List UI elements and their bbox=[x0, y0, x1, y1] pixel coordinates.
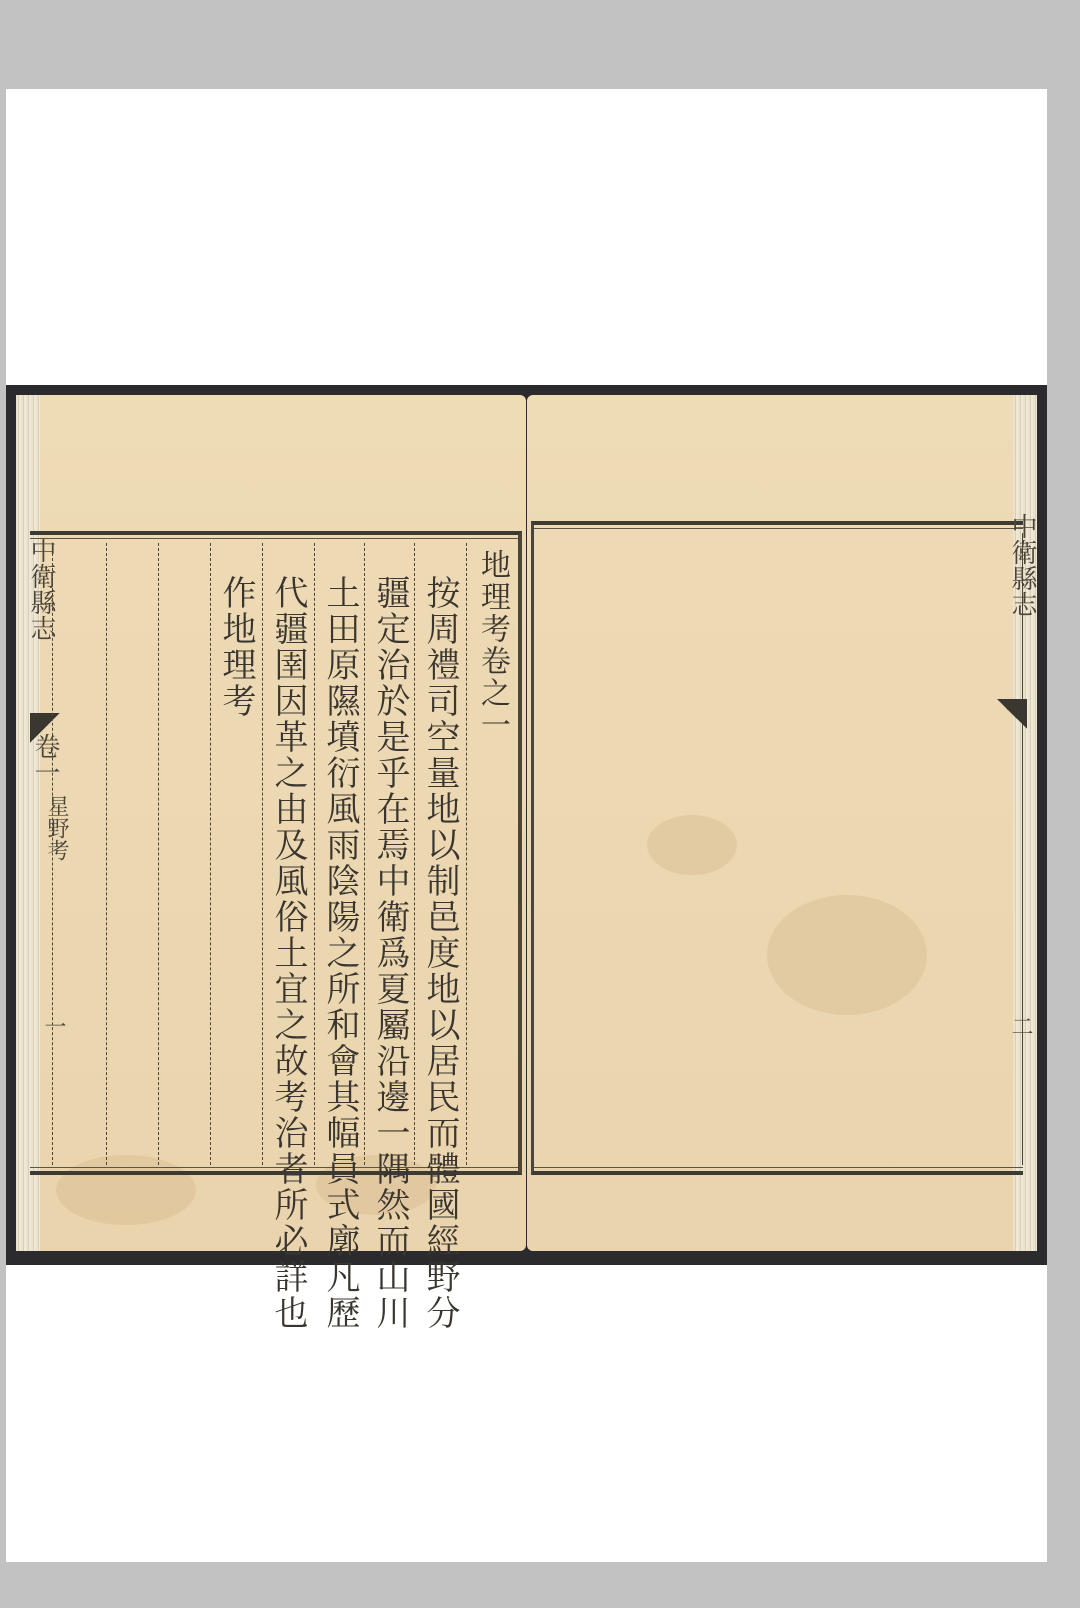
text-frame bbox=[531, 521, 1023, 1175]
text-column-3: 土田原隰墳衍風雨陰陽之所和會其幅員式廓凡歷 bbox=[316, 575, 364, 1331]
text-column-4: 代疆圉因革之由及風俗土宜之故考治者所必詳也 bbox=[264, 575, 312, 1331]
text-column-2: 疆定治於是乎在焉中衛爲夏屬沿邊一隅然而山川 bbox=[366, 575, 414, 1331]
column-rule bbox=[52, 543, 53, 1165]
column-rule bbox=[466, 543, 467, 1165]
left-page: 中衛縣志 卷一 星野考 一 地理考卷之一 按周禮司空量地以制邑度地以居民而體國經… bbox=[16, 395, 526, 1251]
column-rule bbox=[106, 543, 107, 1165]
text-frame: 地理考卷之一 按周禮司空量地以制邑度地以居民而體國經野分 疆定治於是乎在焉中衛爲… bbox=[30, 531, 522, 1175]
text-column-5: 作地理考 bbox=[212, 575, 260, 719]
column-rule bbox=[314, 543, 315, 1165]
spine-folio: 二 bbox=[1005, 1015, 1035, 1037]
column-rule bbox=[210, 543, 211, 1165]
document-viewer: 中衛縣志 卷一 星野考 一 地理考卷之一 按周禮司空量地以制邑度地以居民而體國經… bbox=[6, 89, 1047, 1562]
column-rule bbox=[158, 543, 159, 1165]
fishtail-mark-icon bbox=[997, 699, 1027, 729]
column-rule bbox=[262, 543, 263, 1165]
book-scan-image: 中衛縣志 卷一 星野考 一 地理考卷之一 按周禮司空量地以制邑度地以居民而體國經… bbox=[6, 385, 1047, 1265]
right-page: 中衛縣志 二 bbox=[527, 395, 1037, 1251]
column-rule bbox=[364, 543, 365, 1165]
column-rule bbox=[414, 543, 415, 1165]
spine-title: 中衛縣志 bbox=[1007, 513, 1037, 617]
text-column-1: 按周禮司空量地以制邑度地以居民而體國經野分 bbox=[416, 575, 464, 1331]
chapter-heading: 地理考卷之一 bbox=[468, 549, 516, 741]
column-rule bbox=[1022, 533, 1023, 1165]
